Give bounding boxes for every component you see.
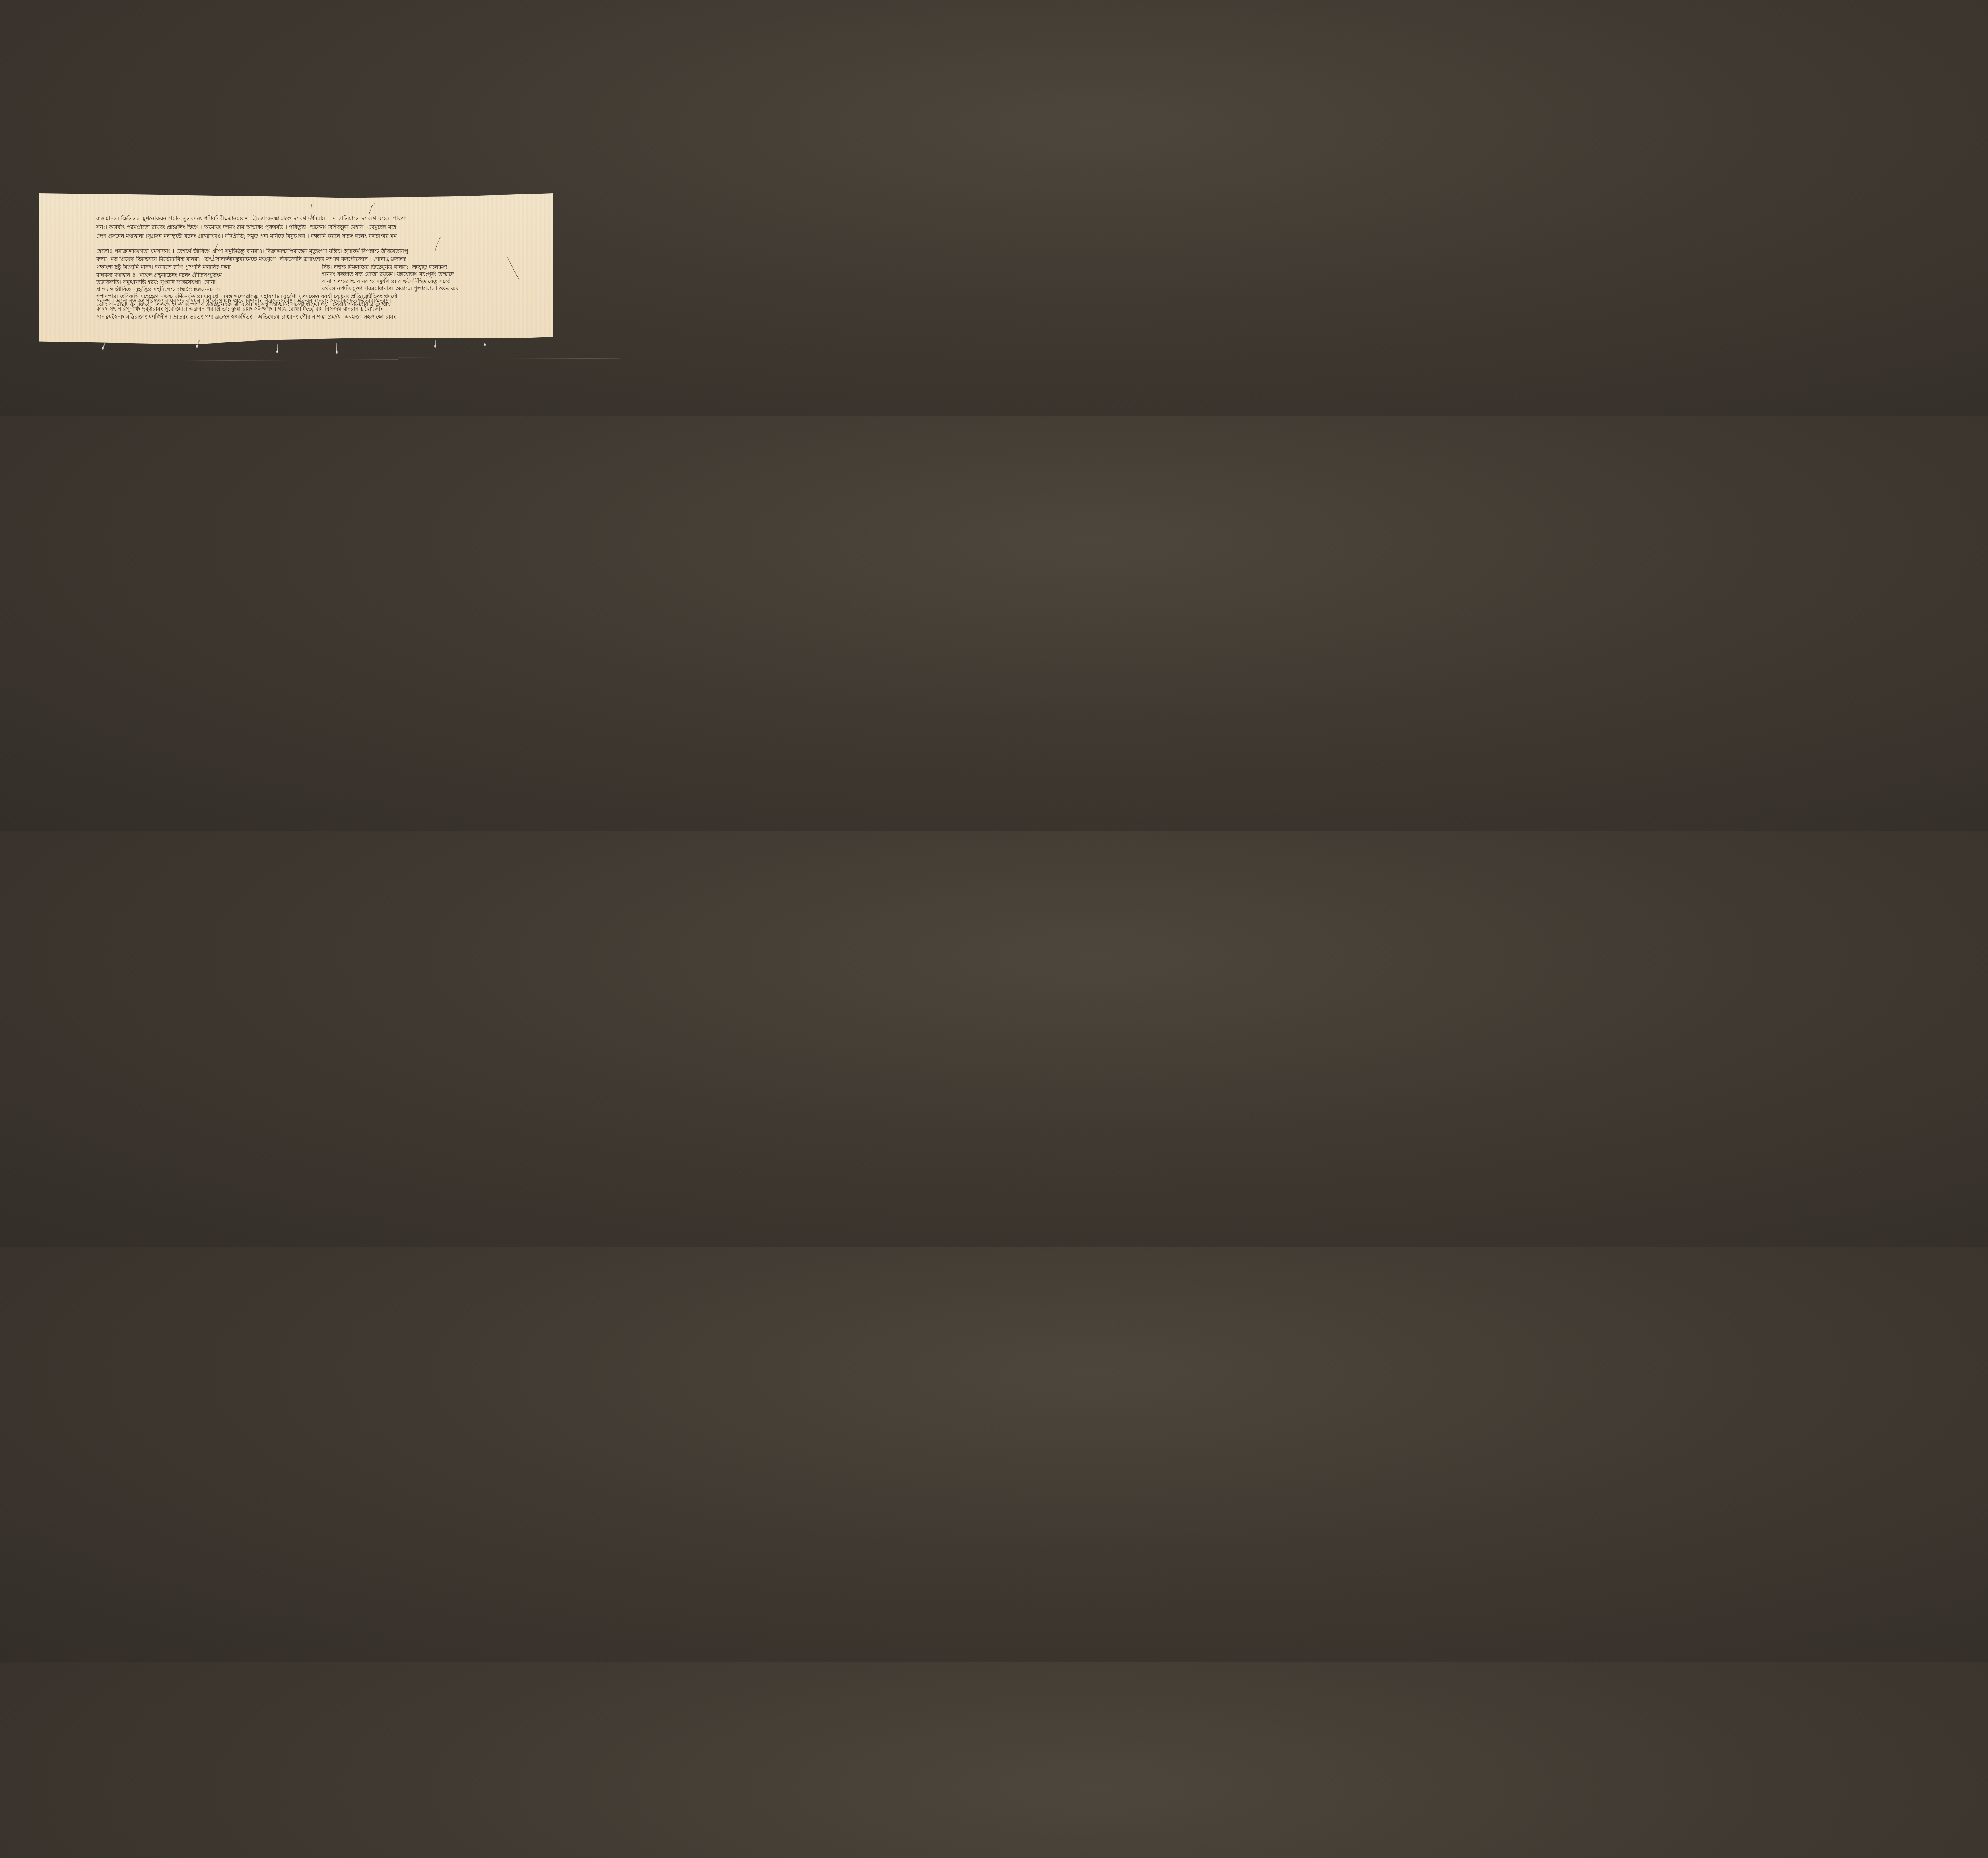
manuscript-line: থক্ষাংশ্চ দ্রষ্টু মিচ্ছামি মানদ। অকালে চ… (96, 264, 231, 271)
backdrop-guide-line (183, 359, 398, 361)
manuscript-line: তদ্ভবিষ্যতি। সমুত্থাস্যন্তি হরয: সুপ্তাদ… (96, 279, 215, 286)
manuscript-line: সহস্রশ:। অন্যোন্যং সং পরিষ্বজ্য রাঘবস্যচ… (96, 297, 391, 305)
manuscript-line: সান্ত্বযস্বৈনাং মন্ত্রিরক্তাং যশস্বিনীং … (96, 313, 396, 321)
manuscript-line: রাঘবস্য মহাত্মন ৪। মহেন্দ্র:প্রভুবাচেদং … (96, 272, 222, 279)
manuscript-line: বানা শতশ্চক্ষাশ্চ বানরাশ্চ সমুর্যথা৪। রা… (322, 278, 450, 285)
manuscript-line: হানযং বকস্ত্রাত যন্ধ যোজা রঘূত্তম। যন্নয… (322, 271, 454, 278)
manuscript-line: সন:। অব্রবীৎ পরমপ্রীতো রাঘবং প্রাঞ্জলিং … (96, 224, 396, 231)
manuscript-line: ন্দ্রেণ প্রসন্নেন মহাত্মনা ।সুপ্রসন্ন মন… (96, 233, 397, 240)
blank-space-gap (271, 262, 320, 293)
manuscript-line: প্রাপ্স্যন্তি জীবিতং সুহৃদ্ভি৪ সহমিলেশ্চ… (96, 286, 220, 293)
manuscript-line: হেতো৪ পরাক্রান্তাযেগতা যমসাদনং । তেশর্থে… (96, 248, 408, 255)
manuscript-line: বর্থবসানপ্যন্তি যুক্তা:পরমযাষাদা৪। অকালে… (322, 285, 458, 292)
manuscript-line: রাজমান৪। ক্ষিতিতল মুখনোকযন প্রযাত:সুতবদন… (96, 215, 407, 222)
backdrop-guide-line (398, 358, 620, 359)
manuscript-line: রন্দর। মত প্রিযেস্ক ভিরক্তাযে মির্ত্যোরব… (96, 256, 406, 263)
manuscript-line: নিচ। নদ্যশ্চ বিমলাস্তত্র তিষ্ঠেযুর্যত্র … (322, 264, 447, 271)
manuscript-line: কাদ্ৎ সৎ পরিপূর্ণার্থং দৃষ্ট্বারামং সুরো… (96, 305, 382, 313)
